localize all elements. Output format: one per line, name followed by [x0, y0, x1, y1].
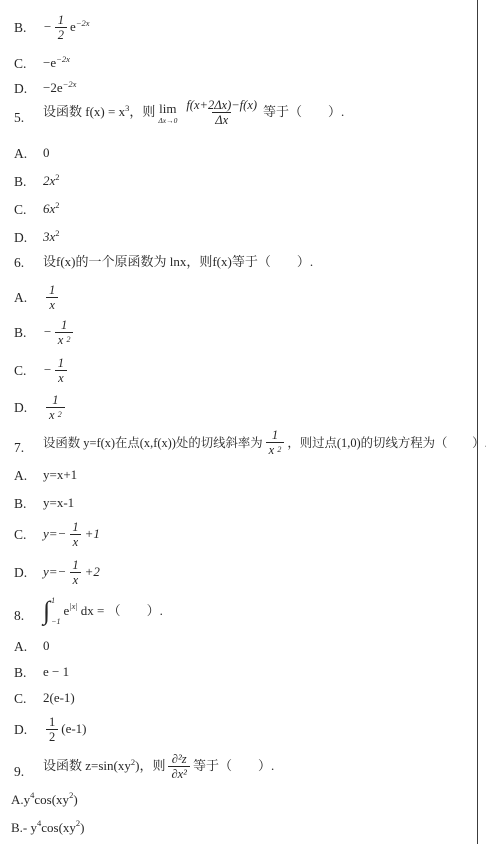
- option-8b: B. e − 1: [14, 665, 69, 681]
- option-text: B.- y: [11, 821, 37, 836]
- option-4b: B. − 1 2 e −2x: [14, 13, 90, 43]
- question-stem: 设函数 f(x) = x: [43, 105, 125, 120]
- option-4d: D. −2e −2x: [14, 81, 76, 97]
- fraction: 1 x 2: [266, 428, 285, 458]
- fraction-numerator: 1: [69, 558, 81, 572]
- option-label: A.: [14, 639, 43, 655]
- fraction: f(x+2Δx)−f(x) Δx: [183, 98, 260, 128]
- option-label: B.: [14, 496, 43, 512]
- question-7: 7. 设函数 y=f(x)在点(x,f(x))处的切线斜率为 1 x 2 ，则过…: [14, 428, 486, 458]
- page-right-border: [477, 0, 478, 844]
- option-5c: C. 6x 2: [14, 202, 60, 218]
- option-text: 2(e-1): [43, 691, 75, 706]
- denominator-exponent: 2: [277, 445, 281, 454]
- option-4c: C. −e −2x: [14, 56, 70, 72]
- option-text: cos(xy: [34, 793, 69, 808]
- option-5b: B. 2x 2: [14, 174, 60, 190]
- fraction-numerator: 1: [269, 428, 281, 442]
- option-text: ): [73, 793, 77, 808]
- option-8d: D. 1 2 (e-1): [14, 715, 87, 745]
- fraction-numerator: 1: [46, 283, 58, 297]
- question-stem: dx = （ ）.: [81, 604, 163, 619]
- option-6a: A. 1 x: [14, 283, 61, 313]
- denominator-exponent: 2: [58, 410, 62, 419]
- option-text: 0: [43, 146, 50, 161]
- question-number: 8.: [14, 608, 43, 624]
- option-label: D.: [14, 400, 43, 416]
- integral-upper-limit: 1: [51, 596, 60, 605]
- question-8: 8. ∫ 1 −1 e |x| dx = （ ）.: [14, 596, 163, 626]
- option-label: B.: [14, 325, 43, 341]
- fraction: 1 x: [69, 558, 81, 588]
- minus-sign: −: [43, 363, 52, 378]
- option-7d: D. y=− 1 x +2: [14, 558, 100, 588]
- fraction-denominator: x: [70, 572, 82, 587]
- fraction: 1 x 2: [55, 318, 74, 348]
- exam-page: B. − 1 2 e −2x C. −e −2x D. −2e −2x 5. 设…: [0, 0, 486, 844]
- fraction-denominator: x: [70, 534, 82, 549]
- option-7b: B. y=x-1: [14, 496, 74, 512]
- option-8a: A. 0: [14, 639, 50, 655]
- option-formula: +1: [85, 527, 100, 542]
- option-formula: y=−: [43, 565, 66, 580]
- option-text: ): [80, 821, 84, 836]
- question-stem: 设f(x)的一个原函数为 lnx，则f(x)等于（ ）.: [43, 255, 313, 270]
- option-formula: y=−: [43, 527, 66, 542]
- option-formula: 6x: [43, 202, 55, 217]
- option-5a: A. 0: [14, 146, 50, 162]
- fraction: 1 x: [69, 520, 81, 550]
- fraction: 1 x: [55, 356, 67, 386]
- fraction: 1 x: [46, 283, 58, 313]
- partial-derivative-fraction: ∂²z ∂x²: [168, 752, 189, 782]
- option-label: B.: [14, 665, 43, 681]
- question-9: 9. 设函数 z=sin(xy 2 )，则 ∂²z ∂x² 等于（ ）.: [14, 752, 274, 782]
- fraction-numerator: 1: [55, 356, 67, 370]
- fraction: 1 2: [46, 715, 58, 745]
- question-stem: 等于（ ）.: [193, 759, 274, 774]
- option-text: A.y: [11, 793, 30, 808]
- question-stem: ，则: [129, 105, 155, 120]
- option-8c: C. 2(e-1): [14, 691, 75, 707]
- fraction-denominator: Δx: [212, 112, 231, 127]
- option-5d: D. 3x 2: [14, 230, 60, 246]
- option-label: A.: [14, 468, 43, 484]
- fraction-numerator: 1: [49, 393, 61, 407]
- limit-subscript: Δx→0: [158, 117, 177, 125]
- question-stem: )，则: [135, 759, 165, 774]
- option-6c: C. − 1 x: [14, 356, 70, 386]
- option-label: C.: [14, 691, 43, 707]
- base-e: e: [70, 20, 76, 35]
- option-text: y=x+1: [43, 468, 77, 483]
- question-stem: 设函数 y=f(x)在点(x,f(x))处的切线斜率为: [43, 436, 263, 450]
- fraction-numerator: ∂²z: [169, 752, 190, 766]
- question-number: 5.: [14, 110, 43, 126]
- option-text: e − 1: [43, 665, 69, 680]
- option-label: C.: [14, 527, 43, 543]
- fraction-numerator: 1: [69, 520, 81, 534]
- option-label: B.: [14, 174, 43, 190]
- question-6: 6. 设f(x)的一个原函数为 lnx，则f(x)等于（ ）.: [14, 255, 313, 271]
- fraction-denominator: 2: [46, 729, 58, 744]
- fraction-denominator: x: [46, 297, 58, 312]
- question-number: 9.: [14, 764, 43, 780]
- denominator-exponent: 2: [66, 335, 70, 344]
- option-7c: C. y=− 1 x +1: [14, 520, 100, 550]
- fraction-numerator: 1: [55, 13, 67, 27]
- option-formula: 2x: [43, 174, 55, 189]
- fraction-numerator: 1: [46, 715, 58, 729]
- option-label: D.: [14, 81, 43, 97]
- option-formula: +2: [85, 565, 100, 580]
- fraction-denominator: ∂x²: [168, 766, 189, 781]
- minus-sign: −: [43, 325, 52, 340]
- option-7a: A. y=x+1: [14, 468, 77, 484]
- fraction-numerator: 1: [58, 318, 70, 332]
- fraction-numerator: f(x+2Δx)−f(x): [183, 98, 260, 112]
- question-5: 5. 设函数 f(x) = x 3 ，则 lim Δx→0 f(x+2Δx)−f…: [14, 98, 344, 128]
- option-9a: A.y 4 cos(xy 2 ): [11, 793, 78, 808]
- option-formula: (e-1): [61, 722, 86, 737]
- option-formula: 3x: [43, 230, 55, 245]
- integral-limits: 1 −1: [51, 596, 60, 626]
- limit-operator: lim Δx→0: [158, 102, 177, 125]
- option-label: A.: [14, 290, 43, 306]
- option-text: 0: [43, 639, 50, 654]
- question-number: 6.: [14, 255, 43, 271]
- fraction-denominator: x 2: [46, 407, 65, 422]
- question-stem: ，则过点(1,0)的切线方程为（ ）.: [287, 436, 486, 450]
- fraction: 1 x 2: [46, 393, 65, 423]
- minus-sign: −: [43, 20, 52, 35]
- option-label: C.: [14, 56, 43, 72]
- option-label: D.: [14, 230, 43, 246]
- option-label: A.: [14, 146, 43, 162]
- option-text: cos(xy: [41, 821, 76, 836]
- integral-sign: ∫: [43, 598, 50, 624]
- option-text: y=x-1: [43, 496, 74, 511]
- question-stem: 等于（ ）.: [263, 105, 344, 120]
- question-number: 7.: [14, 440, 43, 456]
- option-6d: D. 1 x 2: [14, 393, 68, 423]
- option-label: C.: [14, 202, 43, 218]
- option-9b: B.- y 4 cos(xy 2 ): [11, 821, 85, 836]
- integral-lower-limit: −1: [51, 617, 60, 626]
- option-label: C.: [14, 363, 43, 379]
- fraction-denominator: x 2: [55, 332, 74, 347]
- fraction-denominator: x: [55, 370, 67, 385]
- option-6b: B. − 1 x 2: [14, 318, 76, 348]
- option-formula: −2e: [43, 81, 63, 96]
- option-label: B.: [14, 20, 43, 36]
- option-formula: −e: [43, 56, 56, 71]
- question-stem: 设函数 z=sin(xy: [43, 759, 131, 774]
- option-label: D.: [14, 565, 43, 581]
- fraction-denominator: 2: [55, 27, 67, 42]
- option-label: D.: [14, 722, 43, 738]
- fraction: 1 2: [55, 13, 67, 43]
- fraction-denominator: x 2: [266, 442, 285, 457]
